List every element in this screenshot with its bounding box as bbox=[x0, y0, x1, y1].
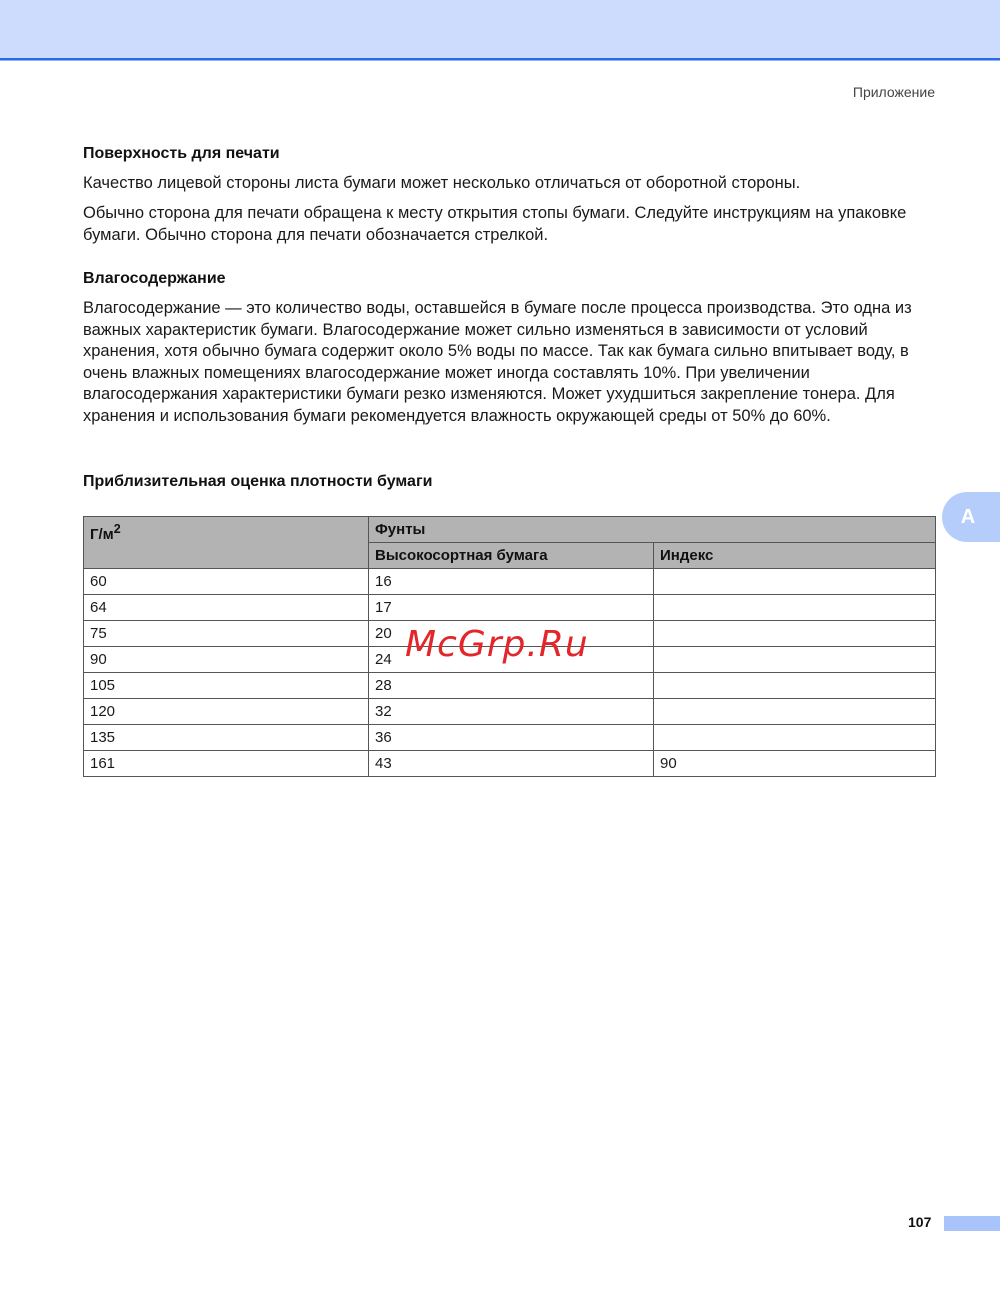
header-gsm: Г/м2 bbox=[84, 517, 369, 569]
table-row: 6016 bbox=[84, 569, 936, 595]
paragraph: Обычно сторона для печати обращена к мес… bbox=[83, 203, 943, 246]
table-header-row: Г/м2 Фунты bbox=[84, 517, 936, 543]
cell-bond: 16 bbox=[369, 569, 654, 595]
table-row: 1614390 bbox=[84, 751, 936, 777]
cell-gsm: 60 bbox=[84, 569, 369, 595]
cell-gsm: 90 bbox=[84, 647, 369, 673]
table-row: 10528 bbox=[84, 673, 936, 699]
appendix-tab: A bbox=[942, 492, 1000, 542]
header-index: Индекс bbox=[654, 543, 936, 569]
cell-bond: 17 bbox=[369, 595, 654, 621]
cell-gsm: 75 bbox=[84, 621, 369, 647]
cell-gsm: 161 bbox=[84, 751, 369, 777]
cell-gsm: 105 bbox=[84, 673, 369, 699]
cell-index bbox=[654, 699, 936, 725]
cell-gsm: 135 bbox=[84, 725, 369, 751]
cell-bond: 36 bbox=[369, 725, 654, 751]
running-head: Приложение bbox=[853, 84, 935, 100]
table-row: 6417 bbox=[84, 595, 936, 621]
section-heading-density: Приблизительная оценка плотности бумаги bbox=[83, 473, 432, 491]
paragraph: Качество лицевой стороны листа бумаги мо… bbox=[83, 173, 943, 195]
table-row: 13536 bbox=[84, 725, 936, 751]
cell-index bbox=[654, 647, 936, 673]
section-heading-print-surface: Поверхность для печати bbox=[83, 145, 280, 163]
cell-index bbox=[654, 595, 936, 621]
cell-index bbox=[654, 569, 936, 595]
cell-index bbox=[654, 725, 936, 751]
section-heading-moisture: Влагосодержание bbox=[83, 270, 226, 288]
watermark: McGrp.Ru bbox=[405, 624, 589, 665]
cell-index bbox=[654, 673, 936, 699]
cell-index bbox=[654, 621, 936, 647]
header-pounds: Фунты bbox=[369, 517, 936, 543]
cell-bond: 28 bbox=[369, 673, 654, 699]
cell-gsm: 64 bbox=[84, 595, 369, 621]
cell-gsm: 120 bbox=[84, 699, 369, 725]
paragraph: Влагосодержание — это количество воды, о… bbox=[83, 298, 943, 427]
page-number: 107 bbox=[908, 1214, 931, 1230]
cell-bond: 32 bbox=[369, 699, 654, 725]
page-number-bar bbox=[944, 1216, 1000, 1231]
cell-index: 90 bbox=[654, 751, 936, 777]
header-bond: Высокосортная бумага bbox=[369, 543, 654, 569]
table-row: 12032 bbox=[84, 699, 936, 725]
header-band bbox=[0, 0, 1000, 60]
cell-bond: 43 bbox=[369, 751, 654, 777]
